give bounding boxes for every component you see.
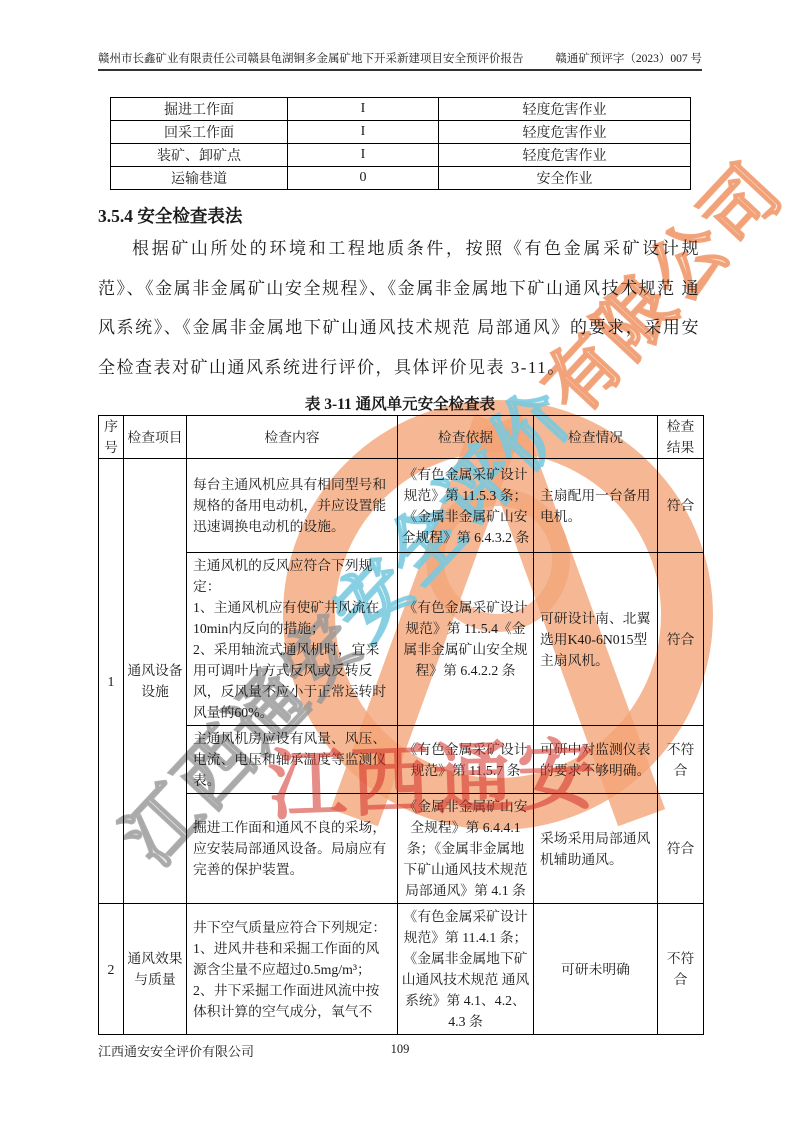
group-item-cell: 通风效果与质量 bbox=[124, 904, 187, 1035]
table-row: 2 通风效果与质量 井下空气质量应符合下列规定： 1、进风井巷和采掘工作面的风源… bbox=[99, 904, 704, 1035]
report-page: 江西通安安全评价有限公司 江西通安 赣州市长鑫矿业有限责任公司赣县龟湖铜多金属矿… bbox=[0, 0, 800, 1131]
check-situation-cell: 主扇配用一台备用电机。 bbox=[534, 459, 658, 553]
check-situation-cell: 可研未明确 bbox=[534, 904, 658, 1035]
group-no-cell: 1 bbox=[99, 459, 124, 904]
grade-cell: I bbox=[288, 144, 439, 167]
check-basis-cell: 《有色金属采矿设计规范》第 11.4.1 条；《金属非金属地下矿山通风技术规范 … bbox=[398, 904, 534, 1035]
col-header-situation: 检查情况 bbox=[534, 416, 658, 459]
section-heading: 3.5.4 安全检查表法 bbox=[98, 203, 242, 228]
table-row: 主通风机房应设有风量、风压、电流、电压和轴承温度等监测仪表。 《有色金属采矿设计… bbox=[99, 726, 704, 794]
check-result-cell: 不符合 bbox=[658, 904, 704, 1035]
check-basis-cell: 《有色金属采矿设计规范》第 11.5.3 条；《金属非金属矿山安全规程》第 6.… bbox=[398, 459, 534, 553]
check-basis-cell: 《有色金属采矿设计规范》第 11.5.7 条 bbox=[398, 726, 534, 794]
check-result-cell: 符合 bbox=[658, 459, 704, 553]
col-header-basis: 检查依据 bbox=[398, 416, 534, 459]
grade-cell: I bbox=[288, 98, 439, 121]
header-doc-number: 赣通矿预评字（2023）007 号 bbox=[555, 50, 702, 66]
table-row: 回采工作面 I 轻度危害作业 bbox=[111, 121, 691, 144]
hazard-grade-table: 掘进工作面 I 轻度危害作业 回采工作面 I 轻度危害作业 装矿、卸矿点 I 轻… bbox=[110, 97, 691, 190]
category-cell: 轻度危害作业 bbox=[439, 98, 691, 121]
workplace-cell: 装矿、卸矿点 bbox=[111, 144, 288, 167]
col-header-content: 检查内容 bbox=[187, 416, 398, 459]
page-header: 赣州市长鑫矿业有限责任公司赣县龟湖铜多金属矿地下开采新建项目安全预评价报告 赣通… bbox=[98, 50, 702, 71]
section-paragraph: 根据矿山所处的环境和工程地质条件，按照《有色金属采矿设计规范》、《金属非金属矿山… bbox=[98, 229, 700, 387]
check-situation-cell: 采场采用局部通风机辅助通风。 bbox=[534, 794, 658, 904]
check-basis-cell: 《金属非金属矿山安全规程》第 6.4.4.1 条；《金属非金属地下矿山通风技术规… bbox=[398, 794, 534, 904]
check-situation-cell: 可研设计南、北翼选用K40-6N015型主扇风机。 bbox=[534, 553, 658, 726]
check-table-title: 表 3-11 通风单元安全检查表 bbox=[98, 392, 702, 414]
table-row: 主通风机的反风应符合下列规定： 1、主通风机应有使矿井风流在10min内反向的措… bbox=[99, 553, 704, 726]
workplace-cell: 掘进工作面 bbox=[111, 98, 288, 121]
check-situation-cell: 可研中对监测仪表的要求不够明确。 bbox=[534, 726, 658, 794]
check-result-cell: 不符合 bbox=[658, 726, 704, 794]
group-no-cell: 2 bbox=[99, 904, 124, 1035]
table-row: 装矿、卸矿点 I 轻度危害作业 bbox=[111, 144, 691, 167]
ventilation-check-table: 序号 检查项目 检查内容 检查依据 检查情况 检查结果 1 通风设备设施 每台主… bbox=[98, 415, 704, 1035]
check-result-cell: 符合 bbox=[658, 553, 704, 726]
group-item-cell: 通风设备设施 bbox=[124, 459, 187, 904]
grade-cell: 0 bbox=[288, 167, 439, 190]
header-report-title: 赣州市长鑫矿业有限责任公司赣县龟湖铜多金属矿地下开采新建项目安全预评价报告 bbox=[98, 50, 524, 66]
workplace-cell: 回采工作面 bbox=[111, 121, 288, 144]
category-cell: 轻度危害作业 bbox=[439, 144, 691, 167]
grade-cell: I bbox=[288, 121, 439, 144]
table-row: 掘进工作面 I 轻度危害作业 bbox=[111, 98, 691, 121]
table-row: 掘进工作面和通风不良的采场，应安装局部通风设备。局扇应有完善的保护装置。 《金属… bbox=[99, 794, 704, 904]
check-content-cell: 每台主通风机应具有相同型号和规格的备用电动机，并应设置能迅速调换电动机的设施。 bbox=[187, 459, 398, 553]
table-row: 运输巷道 0 安全作业 bbox=[111, 167, 691, 190]
check-content-cell: 井下空气质量应符合下列规定： 1、进风井巷和采掘工作面的风源含尘量不应超过0.5… bbox=[187, 904, 398, 1035]
page-content: 赣州市长鑫矿业有限责任公司赣县龟湖铜多金属矿地下开采新建项目安全预评价报告 赣通… bbox=[0, 0, 800, 1131]
category-cell: 轻度危害作业 bbox=[439, 121, 691, 144]
check-table-header-row: 序号 检查项目 检查内容 检查依据 检查情况 检查结果 bbox=[99, 416, 704, 459]
check-basis-cell: 《有色金属采矿设计规范》第 11.5.4《金属非金属矿山安全规程》第 6.4.2… bbox=[398, 553, 534, 726]
table-row: 1 通风设备设施 每台主通风机应具有相同型号和规格的备用电动机，并应设置能迅速调… bbox=[99, 459, 704, 553]
check-content-cell: 主通风机房应设有风量、风压、电流、电压和轴承温度等监测仪表。 bbox=[187, 726, 398, 794]
check-content-cell: 主通风机的反风应符合下列规定： 1、主通风机应有使矿井风流在10min内反向的措… bbox=[187, 553, 398, 726]
check-content-cell: 掘进工作面和通风不良的采场，应安装局部通风设备。局扇应有完善的保护装置。 bbox=[187, 794, 398, 904]
check-result-cell: 符合 bbox=[658, 794, 704, 904]
page-number: 109 bbox=[98, 1042, 702, 1057]
col-header-no: 序号 bbox=[99, 416, 124, 459]
category-cell: 安全作业 bbox=[439, 167, 691, 190]
col-header-item: 检查项目 bbox=[124, 416, 187, 459]
col-header-result: 检查结果 bbox=[658, 416, 704, 459]
workplace-cell: 运输巷道 bbox=[111, 167, 288, 190]
